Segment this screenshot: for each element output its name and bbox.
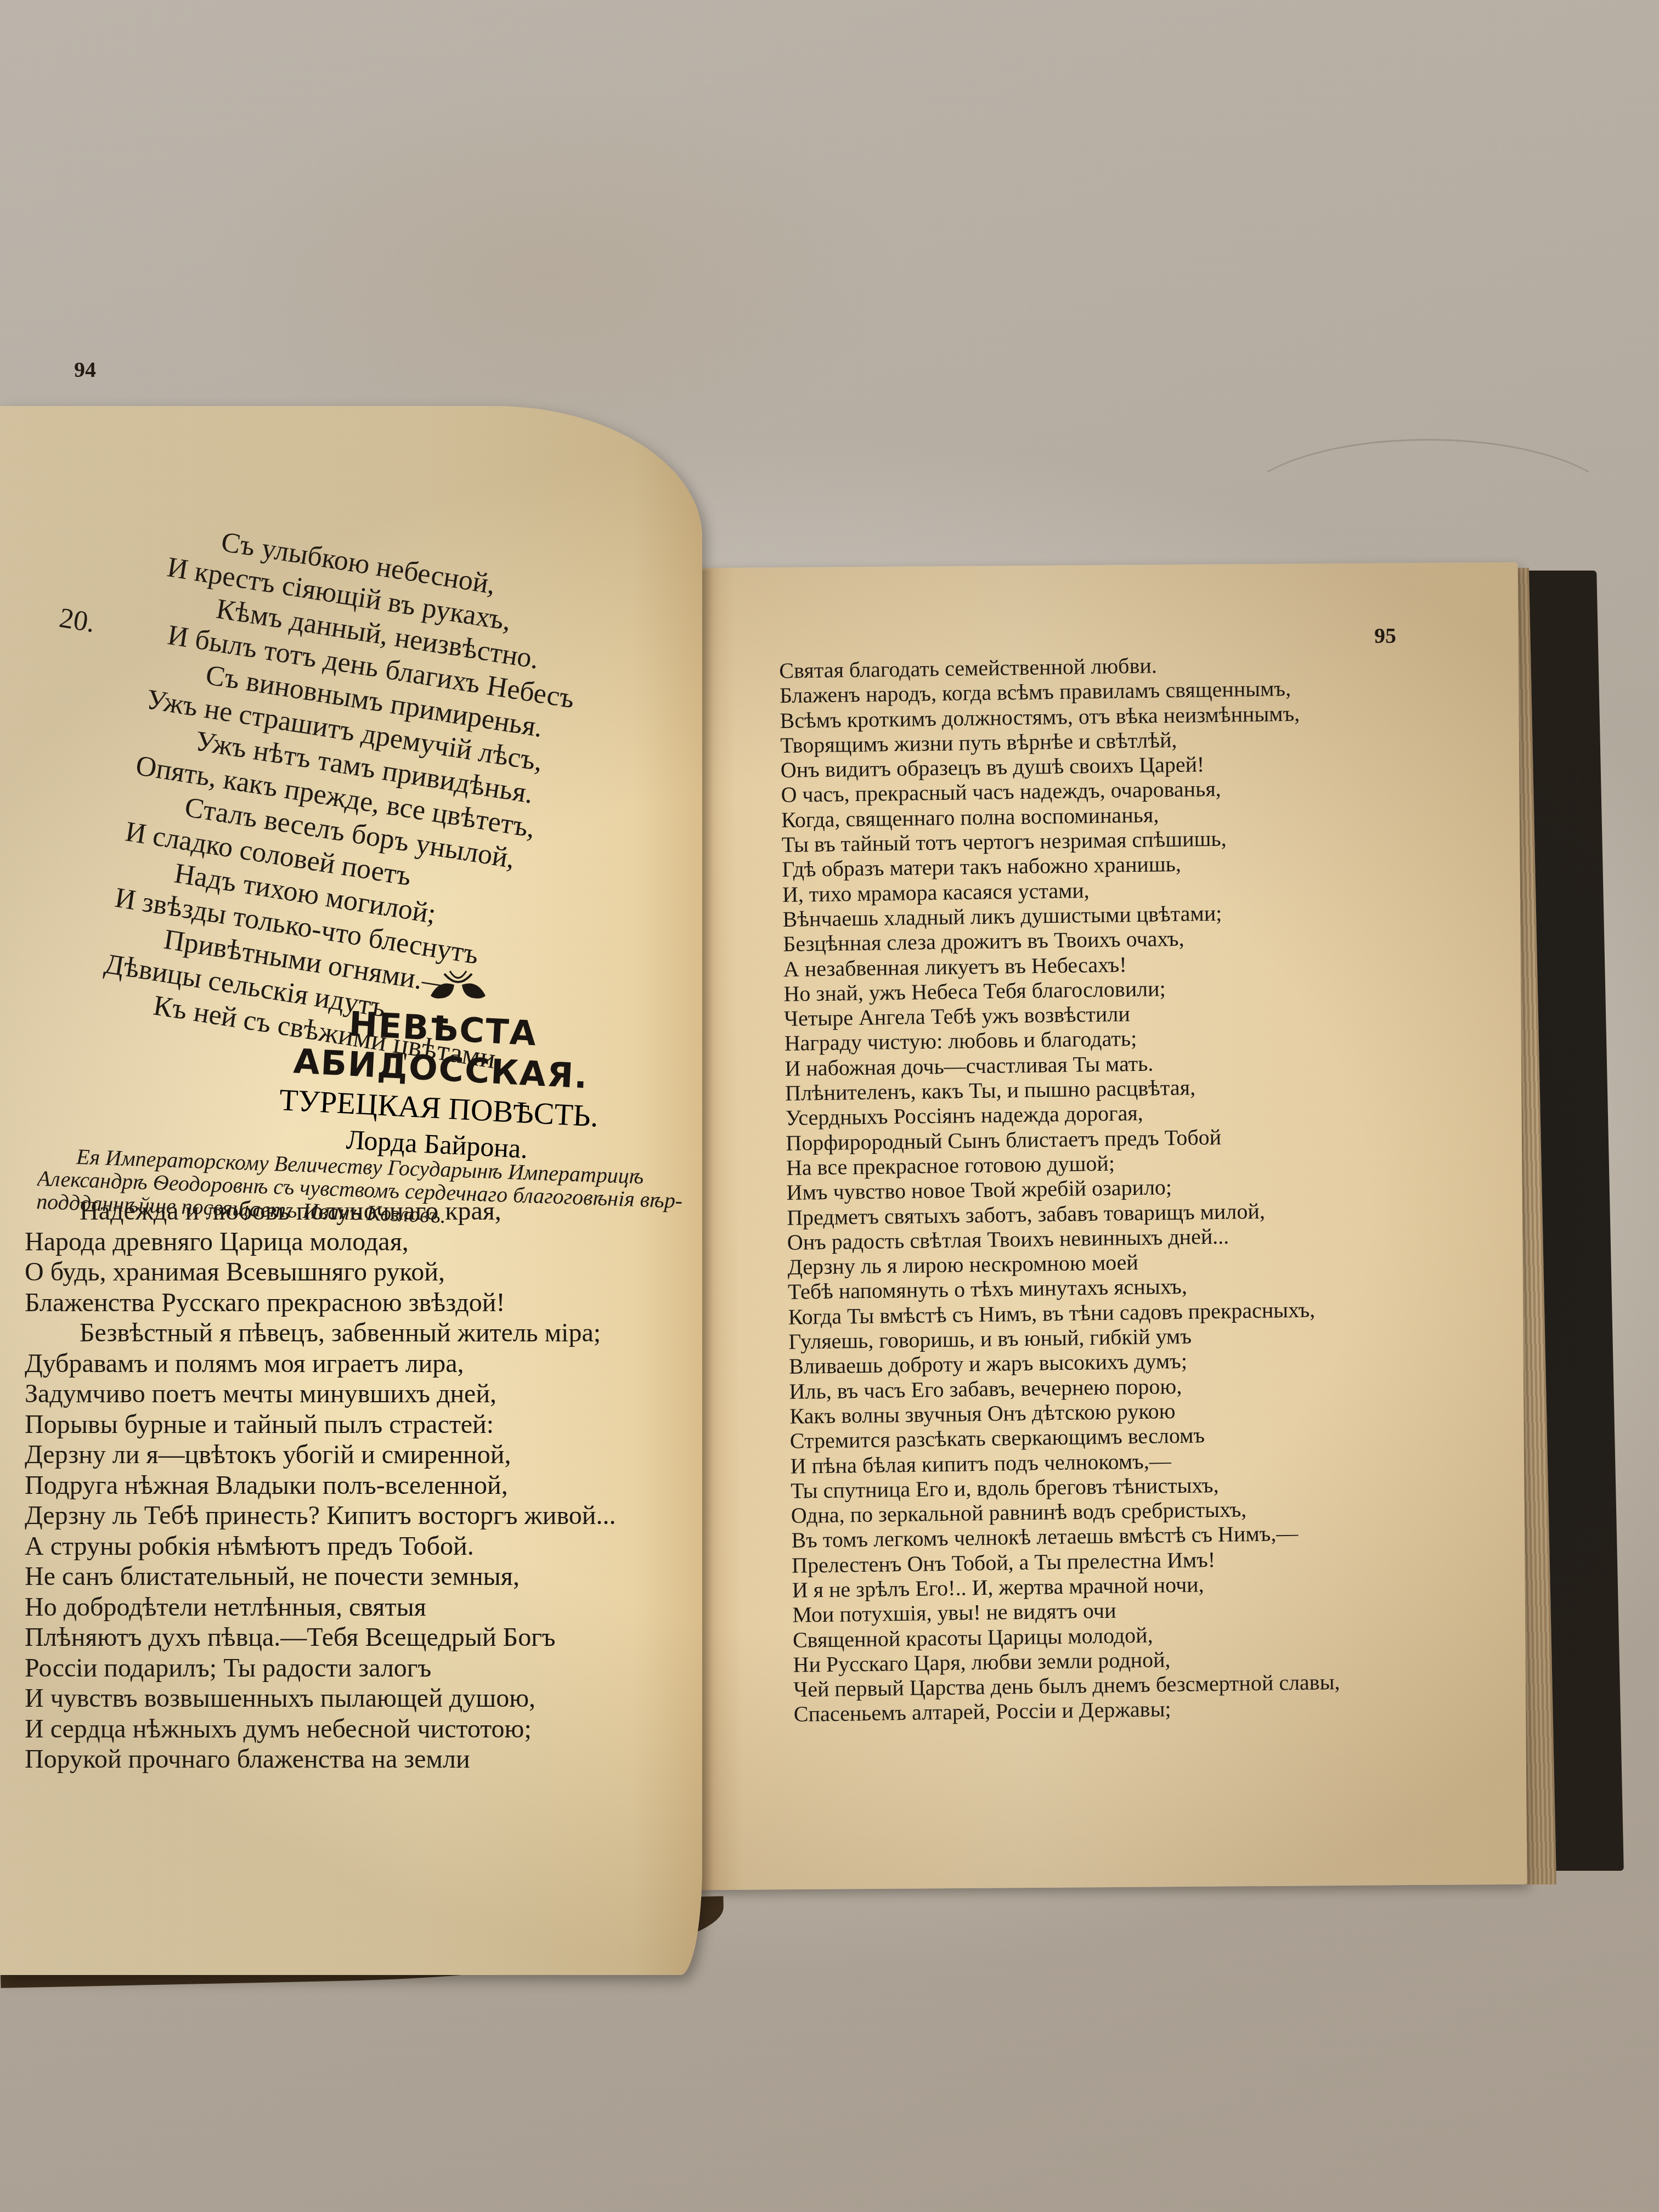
poem-line: Народа древняго Царица молодая, [25,1227,616,1257]
poem-line: Блаженства Русскаго прекрасною звѣздой! [25,1288,616,1318]
poem-line: А струны робкія нѣмѣютъ предъ Тобой. [25,1531,616,1562]
poem-line: О будь, хранимая Всевышняго рукой, [25,1257,616,1288]
poem-line: Подруга нѣжная Владыки полъ-вселенной, [25,1470,616,1501]
poem-line: Порукой прочнаго блаженства на земли [25,1744,616,1775]
poem-line: Порывы бурные и тайный пылъ страстей: [25,1409,616,1440]
poem-line: Надежда и любовь полуночнаго края, [25,1196,616,1227]
right-poem: Святая благодать семейственной любви. Бл… [779,651,1340,1726]
poem-line: Россіи подарилъ; Ты радости залогъ [25,1653,616,1684]
poem-line: Плѣняютъ духъ пѣвца.—Тебя Всещедрый Богъ [25,1622,616,1653]
leaf-ornament-icon [428,968,488,1001]
page-number-right: 95 [1374,623,1396,648]
left-poem: Надежда и любовь полуночнаго края, Народ… [25,1196,616,1775]
poem-line: Дубравамъ и полямъ моя играетъ лира, [25,1348,616,1379]
poem-line: Но добродѣтели нетлѣнныя, святыя [25,1592,616,1623]
poem-line: И чувствъ возвышенныхъ пылающей душою, [25,1683,616,1714]
poem-title-block: НЕВѢСТА АБИДОССКАЯ. ТУРЕЦКАЯ ПОВѢСТЬ. Ло… [190,996,691,1173]
poem-line: Дерзну ли я—цвѣтокъ убогій и смиренной, [25,1440,616,1470]
poem-line: И сердца нѣжныхъ думъ небесной чистотою; [25,1714,616,1745]
line-number-marker: 20. [57,601,98,640]
poem-line: Дерзну ль Тебѣ принесть? Кипитъ восторгъ… [25,1500,616,1531]
poem-line: Безвѣстный я пѣвецъ, забвенный житель мі… [25,1318,616,1348]
poem-line: Задумчиво поетъ мечты минувшихъ дней, [25,1379,616,1409]
page-number-left: 94 [74,357,96,382]
left-verse: Съ улыбкою небесной, И крестъ сіяющій въ… [86,516,592,1079]
poem-line: Не санъ блистательный, не почести земныя… [25,1561,616,1592]
